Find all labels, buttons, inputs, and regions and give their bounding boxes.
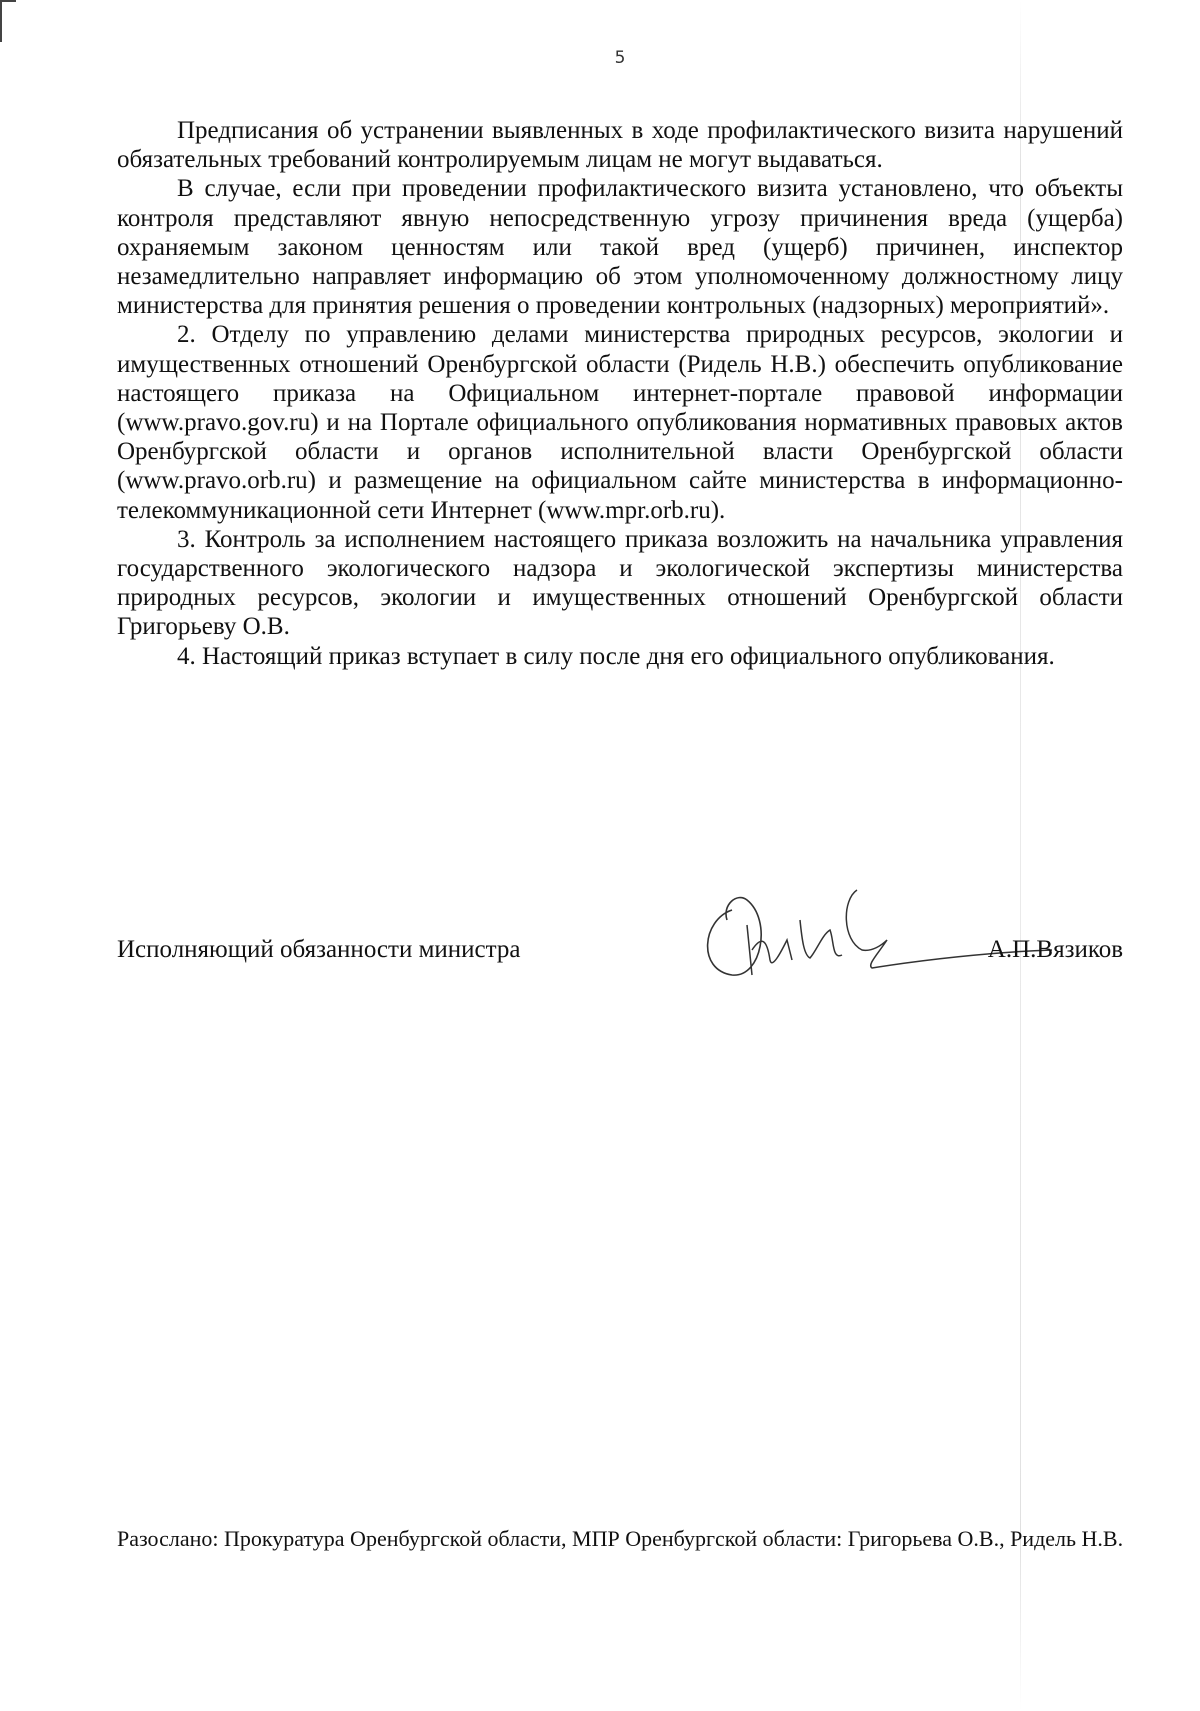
page-number: 5 [0,48,1200,68]
document-body: Предписания об устранении выявленных в х… [117,116,1123,671]
distribution-list: Разослано: Прокуратура Оренбургской обла… [117,1525,1127,1553]
paragraph-item-3-control: 3. Контроль за исполнением настоящего пр… [117,525,1123,642]
paragraph-threat-case: В случае, если при проведении профилакти… [117,174,1123,320]
signatory-name: А.П.Вязиков [988,936,1123,964]
handwritten-signature-icon [692,880,1092,990]
signatory-title: Исполняющий обязанности министра [117,936,520,964]
paragraph-item-2-publication: 2. Отделу по управлению делами министерс… [117,320,1123,524]
scan-corner-mark [0,0,16,42]
paragraph-prescriptions: Предписания об устранении выявленных в х… [117,116,1123,174]
paragraph-item-4-effective: 4. Настоящий приказ вступает в силу посл… [117,642,1123,671]
document-page: 5 Предписания об устранении выявленных в… [0,0,1200,1711]
signature-block: Исполняющий обязанности министра А.П.Вяз… [117,900,1123,980]
